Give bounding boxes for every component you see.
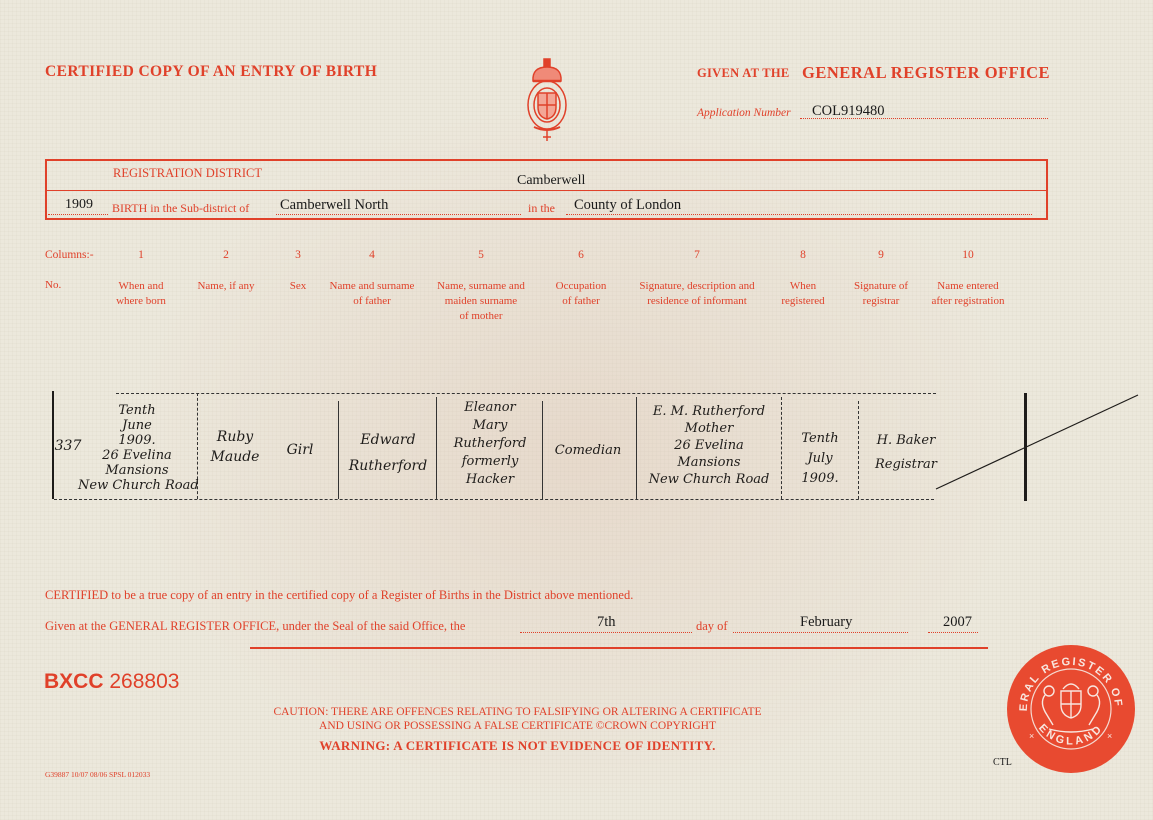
district-divider [47,190,1046,191]
column-number-10: 10 [948,249,988,261]
when-where-born-cell: TenthJune1909.26 EvelinaMansionsNew Chur… [78,403,196,493]
handwritten-line: E. M. Rutherford [636,403,782,420]
subdistrict-dotted-line [276,214,521,215]
office-title: GENERAL REGISTER OFFICE [802,63,1050,83]
column-header-line: of mother [401,309,561,324]
svg-text:×: × [1107,731,1112,741]
handwritten-line: Rutherford [438,435,542,453]
handwritten-line: Ruby [200,427,270,447]
registration-district-value: Camberwell [517,173,585,189]
certificate-serial: BXCC 268803 [44,670,179,694]
handwritten-line: Rutherford [340,453,436,479]
issue-day: 7th [597,614,616,631]
registrar-signature-cell: H. BakerRegistrar [858,429,954,477]
in-the-label: in the [528,201,555,216]
year-dotted-line [48,214,108,215]
no-column-label: No. [45,279,61,291]
handwritten-line: Edward [340,427,436,453]
royal-crest-icon [524,57,570,143]
handwritten-line: 1909. [78,433,196,448]
handwritten-line: 26 Evelina [636,437,782,454]
given-at-label: GIVEN AT THE [697,66,790,81]
year-dotted-line [928,632,978,633]
birth-subdistrict-label: BIRTH in the Sub-district of [112,201,249,216]
issue-month: February [800,614,852,631]
mother-name-cell: EleanorMaryRutherfordformerlyHacker [438,399,542,489]
birth-year: 1909 [65,197,93,213]
column-number-5: 5 [461,249,501,261]
subdistrict-value: Camberwell North [280,197,388,214]
separator [436,397,437,499]
serial-prefix: BXCC [44,670,104,693]
handwritten-line: Mary [438,417,542,435]
identity-warning: WARNING: A CERTIFICATE IS NOT EVIDENCE O… [250,738,785,754]
month-dotted-line [733,632,908,633]
separator [338,401,339,499]
svg-text:×: × [1029,731,1034,741]
handwritten-line: 26 Evelina [78,448,196,463]
given-at-statement: Given at the GENERAL REGISTER OFFICE, un… [45,619,465,634]
print-code: G39887 10/07 08/06 SPSL 012033 [45,770,150,779]
handwritten-line: formerly [438,453,542,471]
columns-label: Columns:- [45,249,94,261]
column-header-line: Name entered [888,279,1048,294]
handwritten-line: New Church Road [636,471,782,488]
handwritten-line: New Church Road [78,478,196,493]
child-name-cell: RubyMaude [200,427,270,467]
column-number-8: 8 [783,249,823,261]
sex-cell: Girl [270,443,330,458]
day-dotted-line [520,632,692,633]
column-header-line: after registration [888,294,1048,309]
column-number-7: 7 [677,249,717,261]
birth-entry-row: 337 TenthJune1909.26 EvelinaMansionsNew … [52,393,1027,500]
county-dotted-line [566,214,1032,215]
column-number-1: 1 [121,249,161,261]
father-name-cell: EdwardRutherford [340,427,436,479]
cancel-stroke [932,387,1142,497]
entry-bottom-dashes [54,499,934,500]
informant-cell: E. M. RutherfordMother26 EvelinaMansions… [636,403,782,488]
handwritten-line: Registrar [858,453,954,477]
registration-district-label: REGISTRATION DISTRICT [113,166,262,181]
handwritten-line: Tenth [78,403,196,418]
caution-notice: CAUTION: THERE ARE OFFENCES RELATING TO … [250,705,785,733]
general-register-office-seal-icon: GENERAL REGISTER OFFICE ENGLAND × × [1005,643,1137,775]
handwritten-line: Tenth [782,429,858,449]
handwritten-line: Mother [636,420,782,437]
handwritten-line: Hacker [438,471,542,489]
column-number-6: 6 [561,249,601,261]
column-number-4: 4 [352,249,392,261]
caution-line-2: AND USING OR POSSESSING A FALSE CERTIFIC… [250,719,785,733]
application-number-value: COL919480 [812,103,885,120]
handwritten-line: Mansions [78,463,196,478]
serial-number: 268803 [109,670,179,693]
handwritten-line: Eleanor [438,399,542,417]
day-of-label: day of [696,619,728,634]
certificate-title: CERTIFIED COPY OF AN ENTRY OF BIRTH [45,63,377,81]
column-header-line: where born [61,294,221,309]
handwritten-line: July [782,449,858,469]
handwritten-line: 1909. [782,469,858,489]
occupation-cell: Comedian [540,443,636,458]
column-number-3: 3 [278,249,318,261]
column-header-10: Name enteredafter registration [888,279,1048,309]
when-registered-cell: TenthJuly1909. [782,429,858,489]
certification-rule [250,647,988,649]
issue-year: 2007 [943,614,972,631]
county-value: County of London [574,197,681,214]
application-number-label: Application Number [697,107,791,119]
caution-line-1: CAUTION: THERE ARE OFFENCES RELATING TO … [250,705,785,719]
column-number-9: 9 [861,249,901,261]
column-number-2: 2 [206,249,246,261]
handwritten-line: June [78,418,196,433]
certified-statement: CERTIFIED to be a true copy of an entry … [45,588,633,603]
entry-top-dashes [116,393,936,394]
handwritten-line: Mansions [636,454,782,471]
handwritten-line: H. Baker [858,429,954,453]
handwritten-line: Maude [200,447,270,467]
